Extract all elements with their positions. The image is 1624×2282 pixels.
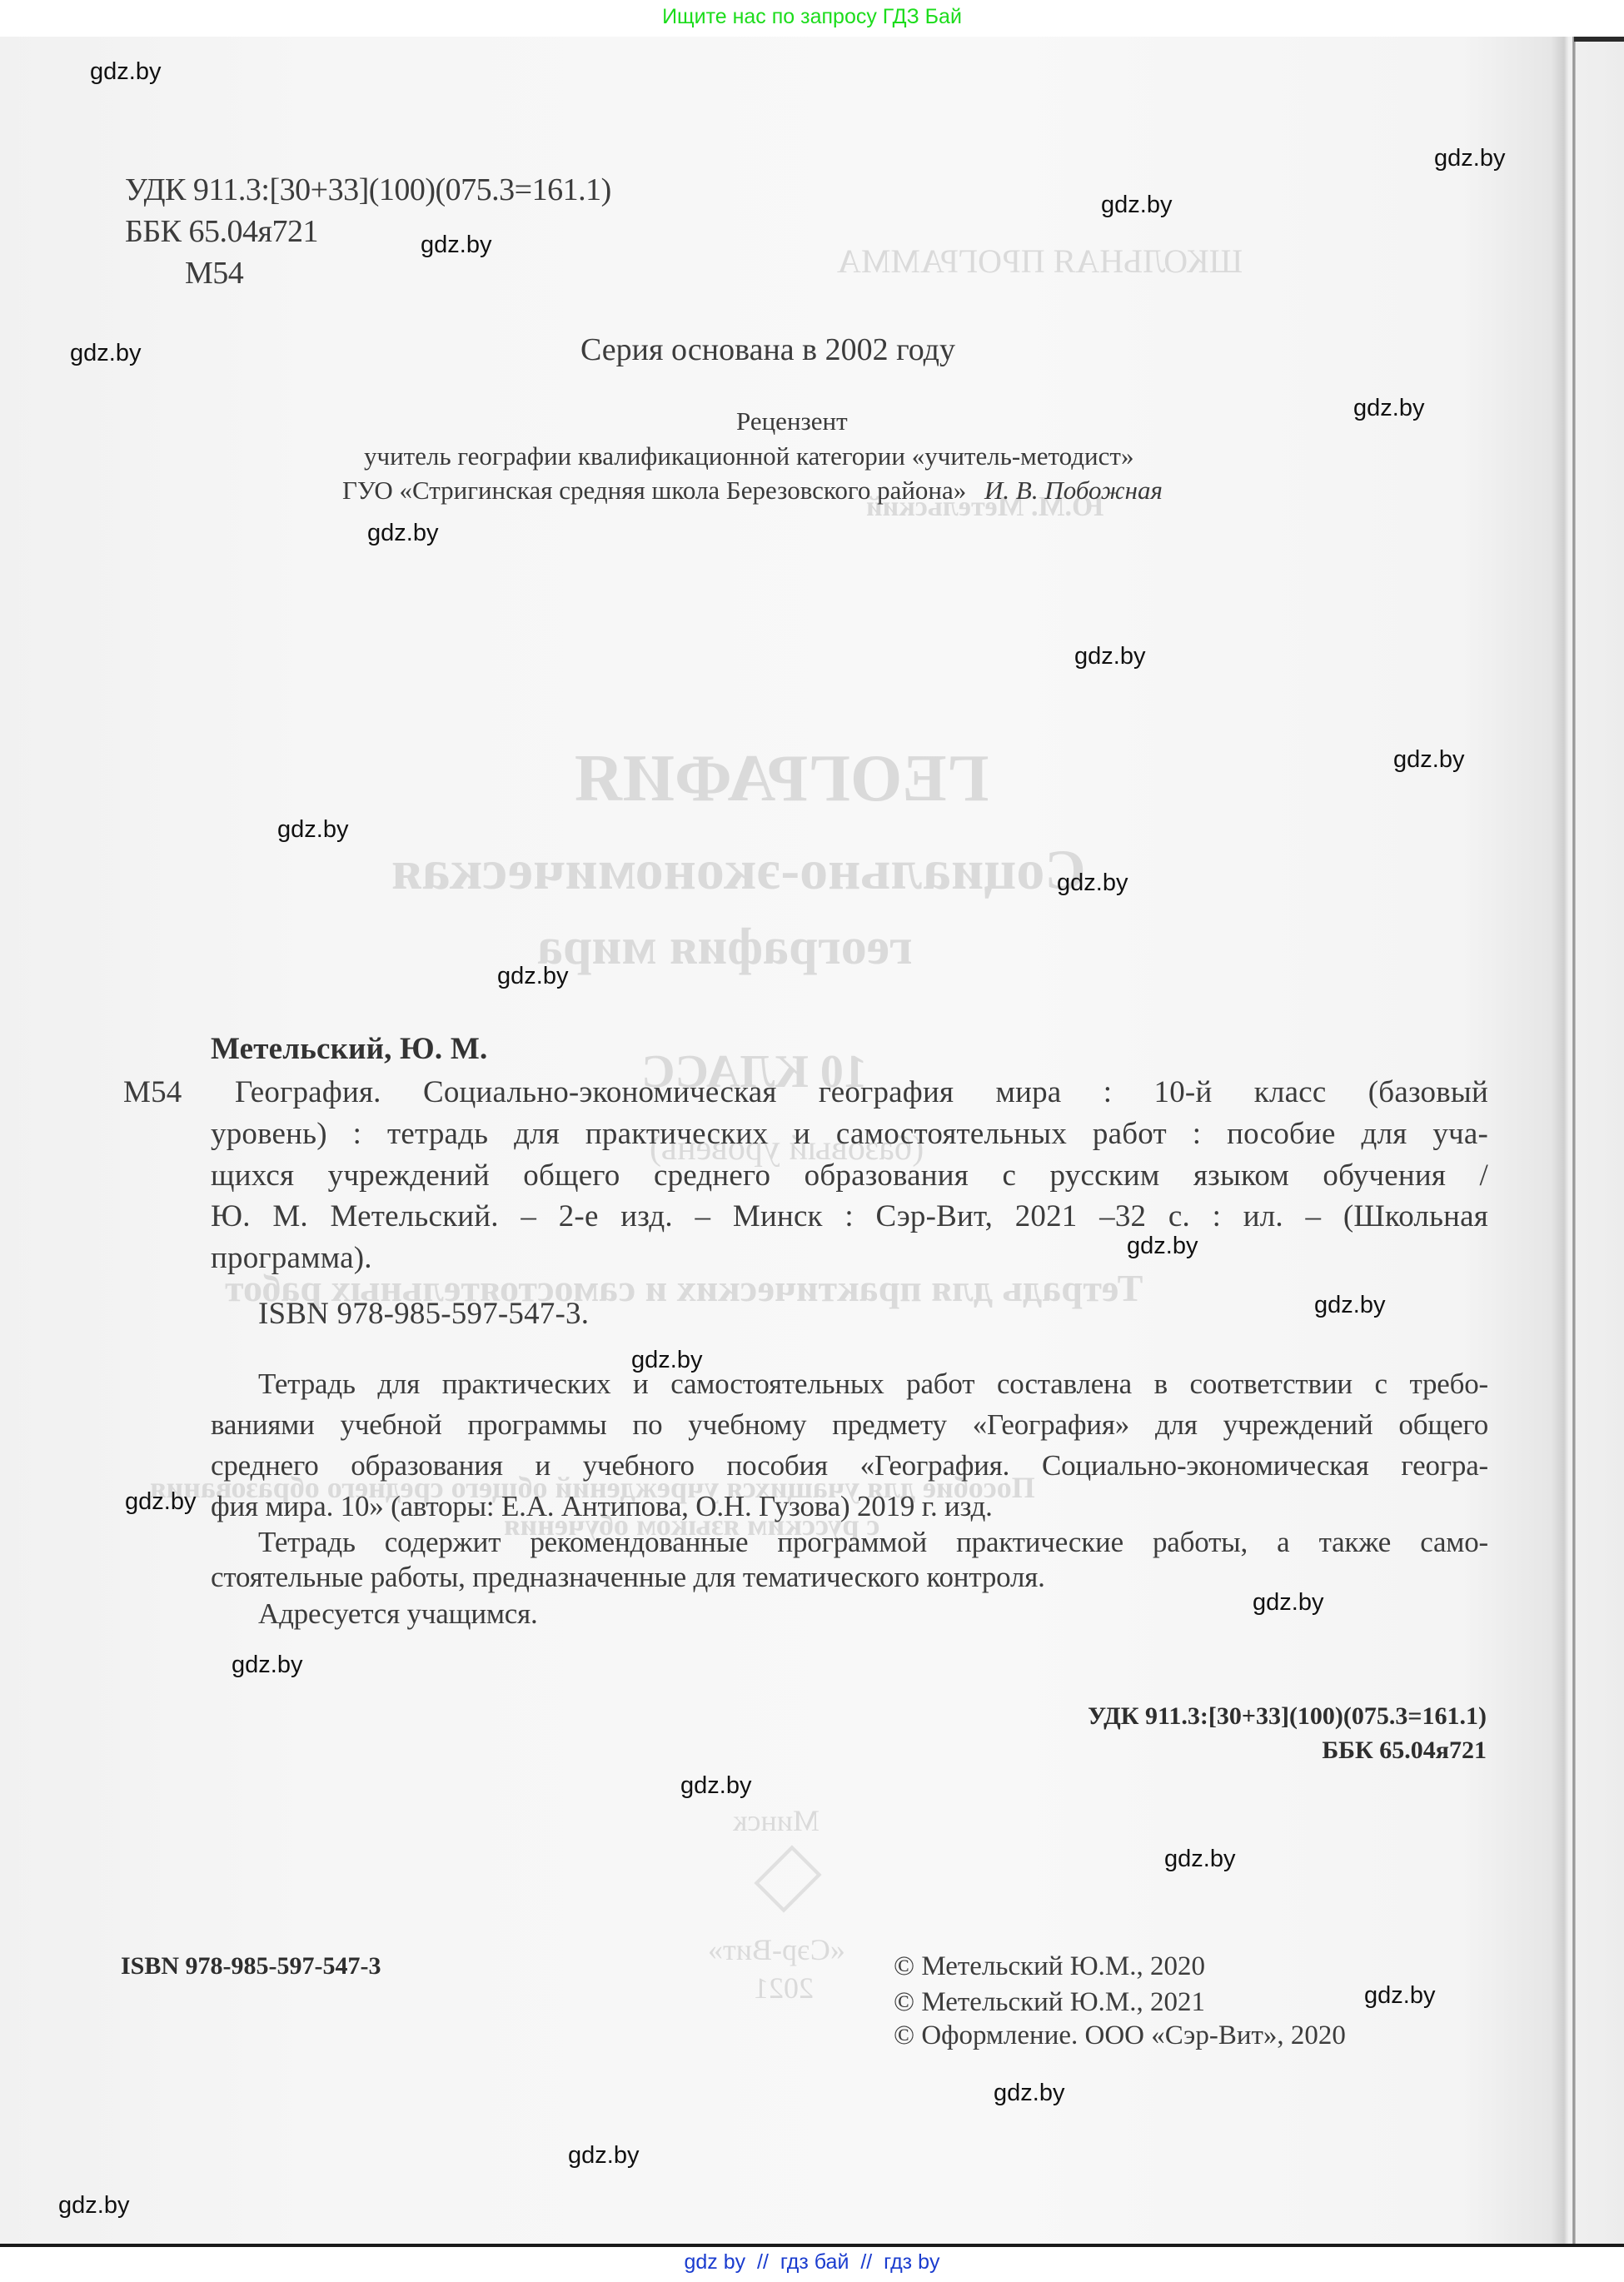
reviewer-position: учитель географии квалификационной катег… [364,441,1133,471]
bleed-title: ГЕОГРАФИЯ [575,741,989,817]
copyright-line: © Метельский Ю.М., 2020 [894,1951,1205,1982]
bleed-subtitle-2: география мира [537,918,913,977]
watermark: gdz.by [1101,192,1172,219]
bibliography-isbn: ISBN 978-985-597-547-3. [258,1296,589,1332]
book-edge [1574,37,1624,42]
watermark: gdz.by [277,816,348,844]
bibliography-author: Метельский, Ю. М. [211,1031,487,1067]
bibliography-line: География. Социально-экономическая геогр… [235,1074,1488,1110]
bbk-code: ББК 65.04я721 [125,213,318,250]
reviewer-school-name: ГУО «Стригинская средняя школа Березовск… [342,476,966,505]
watermark: gdz.by [497,963,568,990]
watermark: gdz.by [994,2080,1064,2107]
annotation-line: среднего образования и учебного пособия … [211,1449,1488,1482]
bibliography-line: уровень) : тетрадь для практических и са… [211,1116,1488,1152]
watermark: gdz.by [90,58,161,86]
watermark: gdz.by [1364,1982,1435,2010]
annotation-audience: Адресуется учащимся. [258,1597,538,1631]
reviewer-name: И. В. Побожная [984,476,1163,505]
bottom-site-links[interactable]: gdz by // гдз бай // гдз by [0,2247,1624,2282]
watermark: gdz.by [1434,145,1505,172]
watermark: gdz.by [1127,1233,1198,1260]
reviewer-school: ГУО «Стригинская средняя школа Березовск… [342,476,1163,506]
bleed-subtitle-1: Социально-экономическая [391,837,1086,903]
annotation-line: Тетрадь для практических и самостоятельн… [258,1368,1488,1401]
series-founded: Серия основана в 2002 году [580,331,955,368]
watermark: gdz.by [125,1488,196,1516]
annotation-line: фия мира. 10» (авторы: Е.А. Антипова, О.… [211,1490,993,1523]
annotation-line: стоятельные работы, предназначенные для … [211,1561,1045,1594]
bibliography-line: Ю. М. Метельский. – 2-е изд. – Минск : С… [211,1198,1488,1234]
bibliography-line: программа). [211,1240,372,1276]
watermark: gdz.by [1057,869,1128,897]
watermark: gdz.by [367,520,438,547]
watermark: gdz.by [1164,1846,1235,1873]
watermark: gdz.by [70,340,141,367]
udk-code-bottom: УДК 911.3:[30+33](100)(075.3=161.1) [1088,1702,1487,1731]
watermark: gdz.by [421,232,491,259]
watermark: gdz.by [232,1652,302,1679]
watermark: gdz.by [1253,1589,1323,1617]
reviewer-label: Рецензент [736,406,848,436]
book-spine-shadow [1572,37,1576,2244]
watermark: gdz.by [568,2142,639,2170]
watermark: gdz.by [1353,395,1424,422]
watermark: gdz.by [680,1772,751,1800]
isbn-bottom: ISBN 978-985-597-547-3 [121,1952,381,1981]
watermark: gdz.by [1393,746,1464,774]
watermark: gdz.by [1314,1292,1385,1319]
author-mark: М54 [185,255,243,291]
watermark: gdz.by [1074,643,1145,670]
watermark: gdz.by [58,2192,129,2220]
annotation-line: Тетрадь содержит рекомендованные програм… [258,1526,1488,1559]
bbk-code-bottom: ББК 65.04я721 [1322,1736,1487,1765]
copyright-line: © Оформление. ООО «Сэр-Вит», 2020 [894,2020,1346,2051]
annotation-line: ваниями учебной программы по учебному пр… [211,1408,1488,1442]
bleed-series-name: ШКОЛЬНАЯ ПРОГРАММА [837,242,1243,281]
bibliography-line: щихся учреждений общего среднего образов… [211,1158,1488,1193]
copyright-line: © Метельский Ю.М., 2021 [894,1987,1205,2018]
watermark: gdz.by [631,1347,702,1374]
bleed-city: Минск [733,1803,819,1838]
udk-code: УДК 911.3:[30+33](100)(075.3=161.1) [125,172,611,208]
top-search-banner: Ищите нас по запросу ГДЗ Бай [0,0,1624,37]
bleed-year: 2021 [754,1971,814,2005]
bleed-publisher: «Сэр-Вит» [708,1932,845,1967]
bibliography-code: М54 [123,1074,182,1110]
